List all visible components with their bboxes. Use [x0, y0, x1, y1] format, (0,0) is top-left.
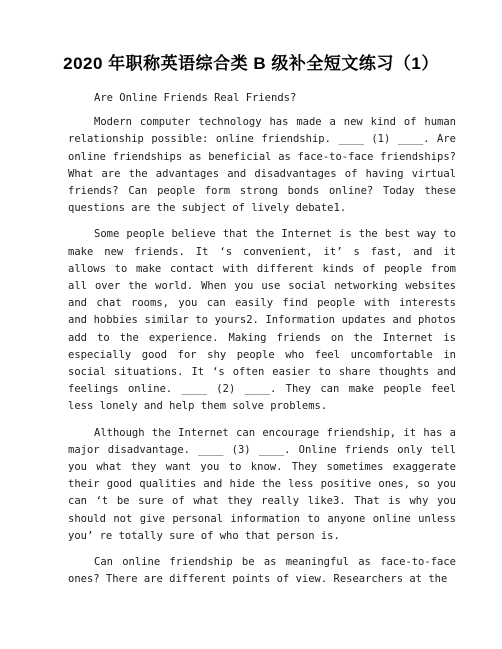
text-line: What are the advantages and disadvantage… — [68, 166, 456, 183]
article-heading: Are Online Friends Real Friends? — [68, 90, 456, 107]
paragraph: Some people believe that the Internet is… — [68, 226, 456, 415]
text-line: can ‘t be sure of what they really like3… — [68, 493, 456, 510]
text-line: relationship possible: online friendship… — [68, 131, 456, 148]
document-body: Are Online Friends Real Friends? Modern … — [68, 90, 456, 588]
text-line: and chat rooms, you can easily find peop… — [68, 295, 456, 312]
text-line: social situations. It ‘s often easier to… — [68, 364, 456, 381]
text-line: online friendships as beneficial as face… — [68, 149, 456, 166]
paragraph: Although the Internet can encourage frie… — [68, 425, 456, 545]
text-line: Some people believe that the Internet is… — [68, 226, 456, 243]
text-line: less lonely and help them solve problems… — [68, 398, 456, 415]
text-line: questions are the subject of lively deba… — [68, 200, 456, 217]
text-line: Modern computer technology has made a ne… — [68, 114, 456, 131]
text-line: you what they want you to know. They som… — [68, 459, 456, 476]
text-line: their good qualities and hide the less p… — [68, 476, 456, 493]
text-line: should not give personal information to … — [68, 511, 456, 528]
text-line: all over the world. When you use social … — [68, 278, 456, 295]
document-title: 2020 年职称英语综合类 B 级补全短文练习（1） — [0, 0, 502, 90]
document-page: 2020 年职称英语综合类 B 级补全短文练习（1） Are Online Fr… — [0, 0, 502, 649]
text-line: Although the Internet can encourage frie… — [68, 425, 456, 442]
text-line: add to the experience. Making friends on… — [68, 330, 456, 347]
text-line: especially good for shy people who feel … — [68, 347, 456, 364]
text-line: major disadvantage. ____ (3) ____. Onlin… — [68, 442, 456, 459]
text-line: Can online friendship be as meaningful a… — [68, 554, 456, 571]
text-line: make new friends. It ‘s convenient, it’ … — [68, 244, 456, 261]
text-line: friends? Can people form strong bonds on… — [68, 183, 456, 200]
paragraph: Can online friendship be as meaningful a… — [68, 554, 456, 588]
text-line: you’ re totally sure of who that person … — [68, 528, 456, 545]
paragraph: Modern computer technology has made a ne… — [68, 114, 456, 217]
paragraph-list: Modern computer technology has made a ne… — [68, 114, 456, 588]
text-line: feelings online. ____ (2) ____. They can… — [68, 381, 456, 398]
text-line: allows to make contact with different ki… — [68, 261, 456, 278]
text-line: and hobbies similar to yours2. Informati… — [68, 312, 456, 329]
text-line: ones? There are different points of view… — [68, 571, 456, 588]
